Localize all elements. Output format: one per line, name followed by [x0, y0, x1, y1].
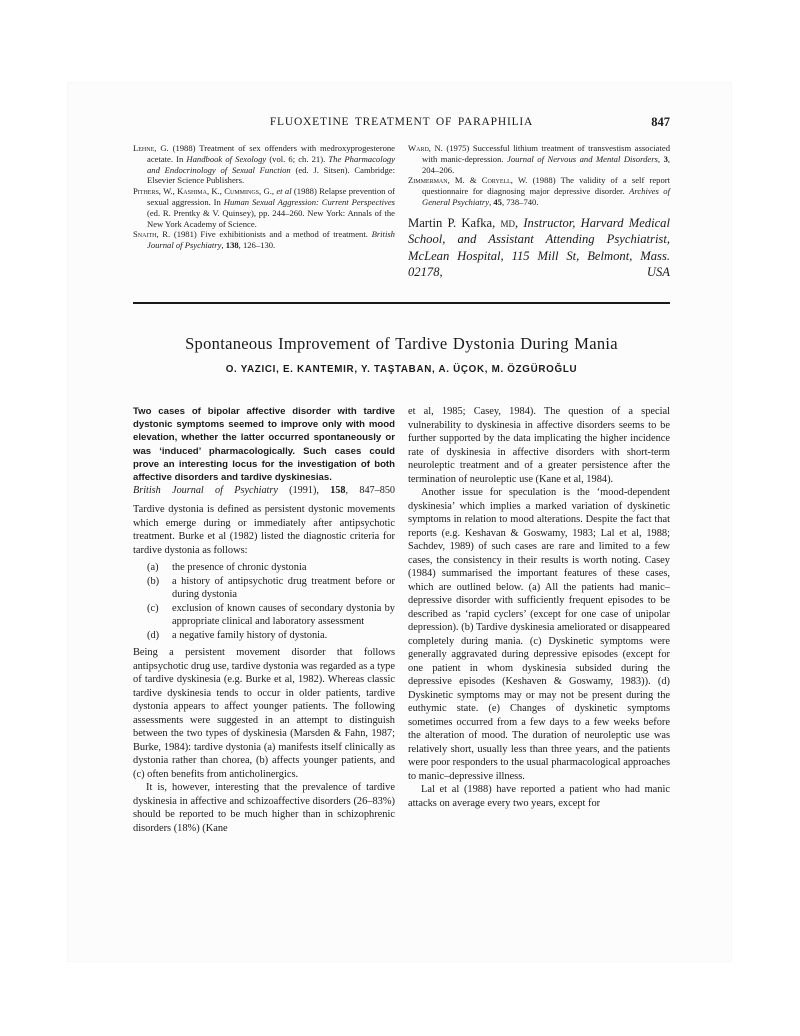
article-header: Spontaneous Improvement of Tardive Dysto… — [133, 334, 670, 375]
scanned-journal-page: { "theme": { "paper_color": "#fcfcfc", "… — [0, 0, 800, 1036]
running-head: FLUOXETINE TREATMENT OF PARAPHILIA — [133, 116, 670, 128]
body-left-column: Two cases of bipolar affective disorder … — [133, 405, 395, 835]
paragraph: et al, 1985; Casey, 1984). The question … — [408, 405, 670, 486]
criteria-text: a negative family history of dystonia. — [172, 630, 327, 641]
paragraph: Being a persistent movement disorder tha… — [133, 646, 395, 781]
references-right-column: Ward, N. (1975) Successful lithium treat… — [408, 143, 670, 280]
running-head-row: FLUOXETINE TREATMENT OF PARAPHILIA 847 — [133, 116, 670, 128]
criteria-text: exclusion of known causes of secondary d… — [172, 603, 395, 628]
criteria-item: (b) a history of antipsychotic drug trea… — [147, 575, 395, 602]
references-section: Lehne, G. (1988) Treatment of sex offend… — [133, 143, 670, 280]
article-authors: O. YAZICI, E. KANTEMIR, Y. TAŞTABAN, A. … — [133, 364, 670, 375]
paragraph: Another issue for speculation is the ‘mo… — [408, 486, 670, 783]
criteria-list: (a) the presence of chronic dystonia (b)… — [147, 561, 395, 642]
criteria-label: (d) — [147, 629, 159, 643]
criteria-text: the presence of chronic dystonia — [172, 562, 306, 573]
reference-entry: Pithers, W., Kashima, K., Cummings, G., … — [133, 186, 395, 229]
reference-entry: Lehne, G. (1988) Treatment of sex offend… — [133, 143, 395, 186]
article-body: Two cases of bipolar affective disorder … — [133, 405, 670, 835]
reference-entry: Snaith, R. (1981) Five exhibitionists an… — [133, 229, 395, 251]
section-divider-rule — [133, 302, 670, 304]
criteria-item: (a) the presence of chronic dystonia — [147, 561, 395, 575]
journal-citation: British Journal of Psychiatry (1991), 15… — [133, 484, 395, 497]
criteria-label: (b) — [147, 575, 159, 589]
journal-page: FLUOXETINE TREATMENT OF PARAPHILIA 847 L… — [68, 83, 731, 961]
criteria-item: (c) exclusion of known causes of seconda… — [147, 602, 395, 629]
body-text-left: Tardive dystonia is defined as persisten… — [133, 503, 395, 835]
reference-entry: Zimmerman, M. & Coryell, W. (1988) The v… — [408, 175, 670, 207]
references-left-column: Lehne, G. (1988) Treatment of sex offend… — [133, 143, 395, 280]
body-text-right: et al, 1985; Casey, 1984). The question … — [408, 405, 670, 810]
page-content: FLUOXETINE TREATMENT OF PARAPHILIA 847 L… — [133, 83, 670, 961]
criteria-label: (a) — [147, 561, 159, 575]
criteria-label: (c) — [147, 602, 159, 616]
criteria-text: a history of antipsychotic drug treatmen… — [172, 576, 395, 601]
author-byline: Martin P. Kafka, md, Instructor, Harvard… — [408, 215, 670, 281]
body-right-column: et al, 1985; Casey, 1984). The question … — [408, 405, 670, 835]
paragraph: It is, however, interesting that the pre… — [133, 781, 395, 835]
criteria-item: (d) a negative family history of dystoni… — [147, 629, 395, 643]
paragraph: Lal et al (1988) have reported a patient… — [408, 783, 670, 810]
page-number: 847 — [651, 115, 670, 130]
article-title: Spontaneous Improvement of Tardive Dysto… — [133, 334, 670, 354]
paragraph: Tardive dystonia is defined as persisten… — [133, 503, 395, 557]
reference-entry: Ward, N. (1975) Successful lithium treat… — [408, 143, 670, 175]
abstract: Two cases of bipolar affective disorder … — [133, 405, 395, 484]
